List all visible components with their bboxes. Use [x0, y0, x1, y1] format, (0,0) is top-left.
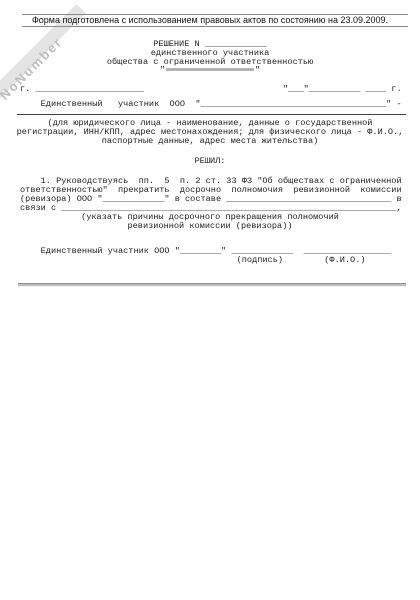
- company-name-field[interactable]: [166, 68, 254, 71]
- bottom-divider: [18, 283, 406, 287]
- participant-caption-line-3: паспортные данные, адрес места жительств…: [0, 137, 420, 146]
- participant-line: Единственный участник ООО "_____________…: [20, 100, 402, 109]
- header-rule-bottom: [22, 26, 408, 27]
- company-name-open-quote: ": [160, 65, 165, 75]
- company-name-line: "": [0, 66, 420, 75]
- company-name-close-quote: ": [255, 65, 260, 75]
- participant-caption-rule: [17, 114, 406, 115]
- resolved-heading: РЕШИЛ:: [0, 157, 420, 166]
- document-page: NoNumber Форма подготовлена с использова…: [0, 0, 420, 600]
- clause1-caption-line-2: ревизионной комиссии (ревизора)): [0, 222, 420, 231]
- signature-captions: (подпись) (Ф.И.О.): [20, 256, 366, 265]
- place-date-line: г. _____________________ "___"__________…: [20, 85, 402, 94]
- prep-note: Форма подготовлена с использованием прав…: [0, 15, 420, 26]
